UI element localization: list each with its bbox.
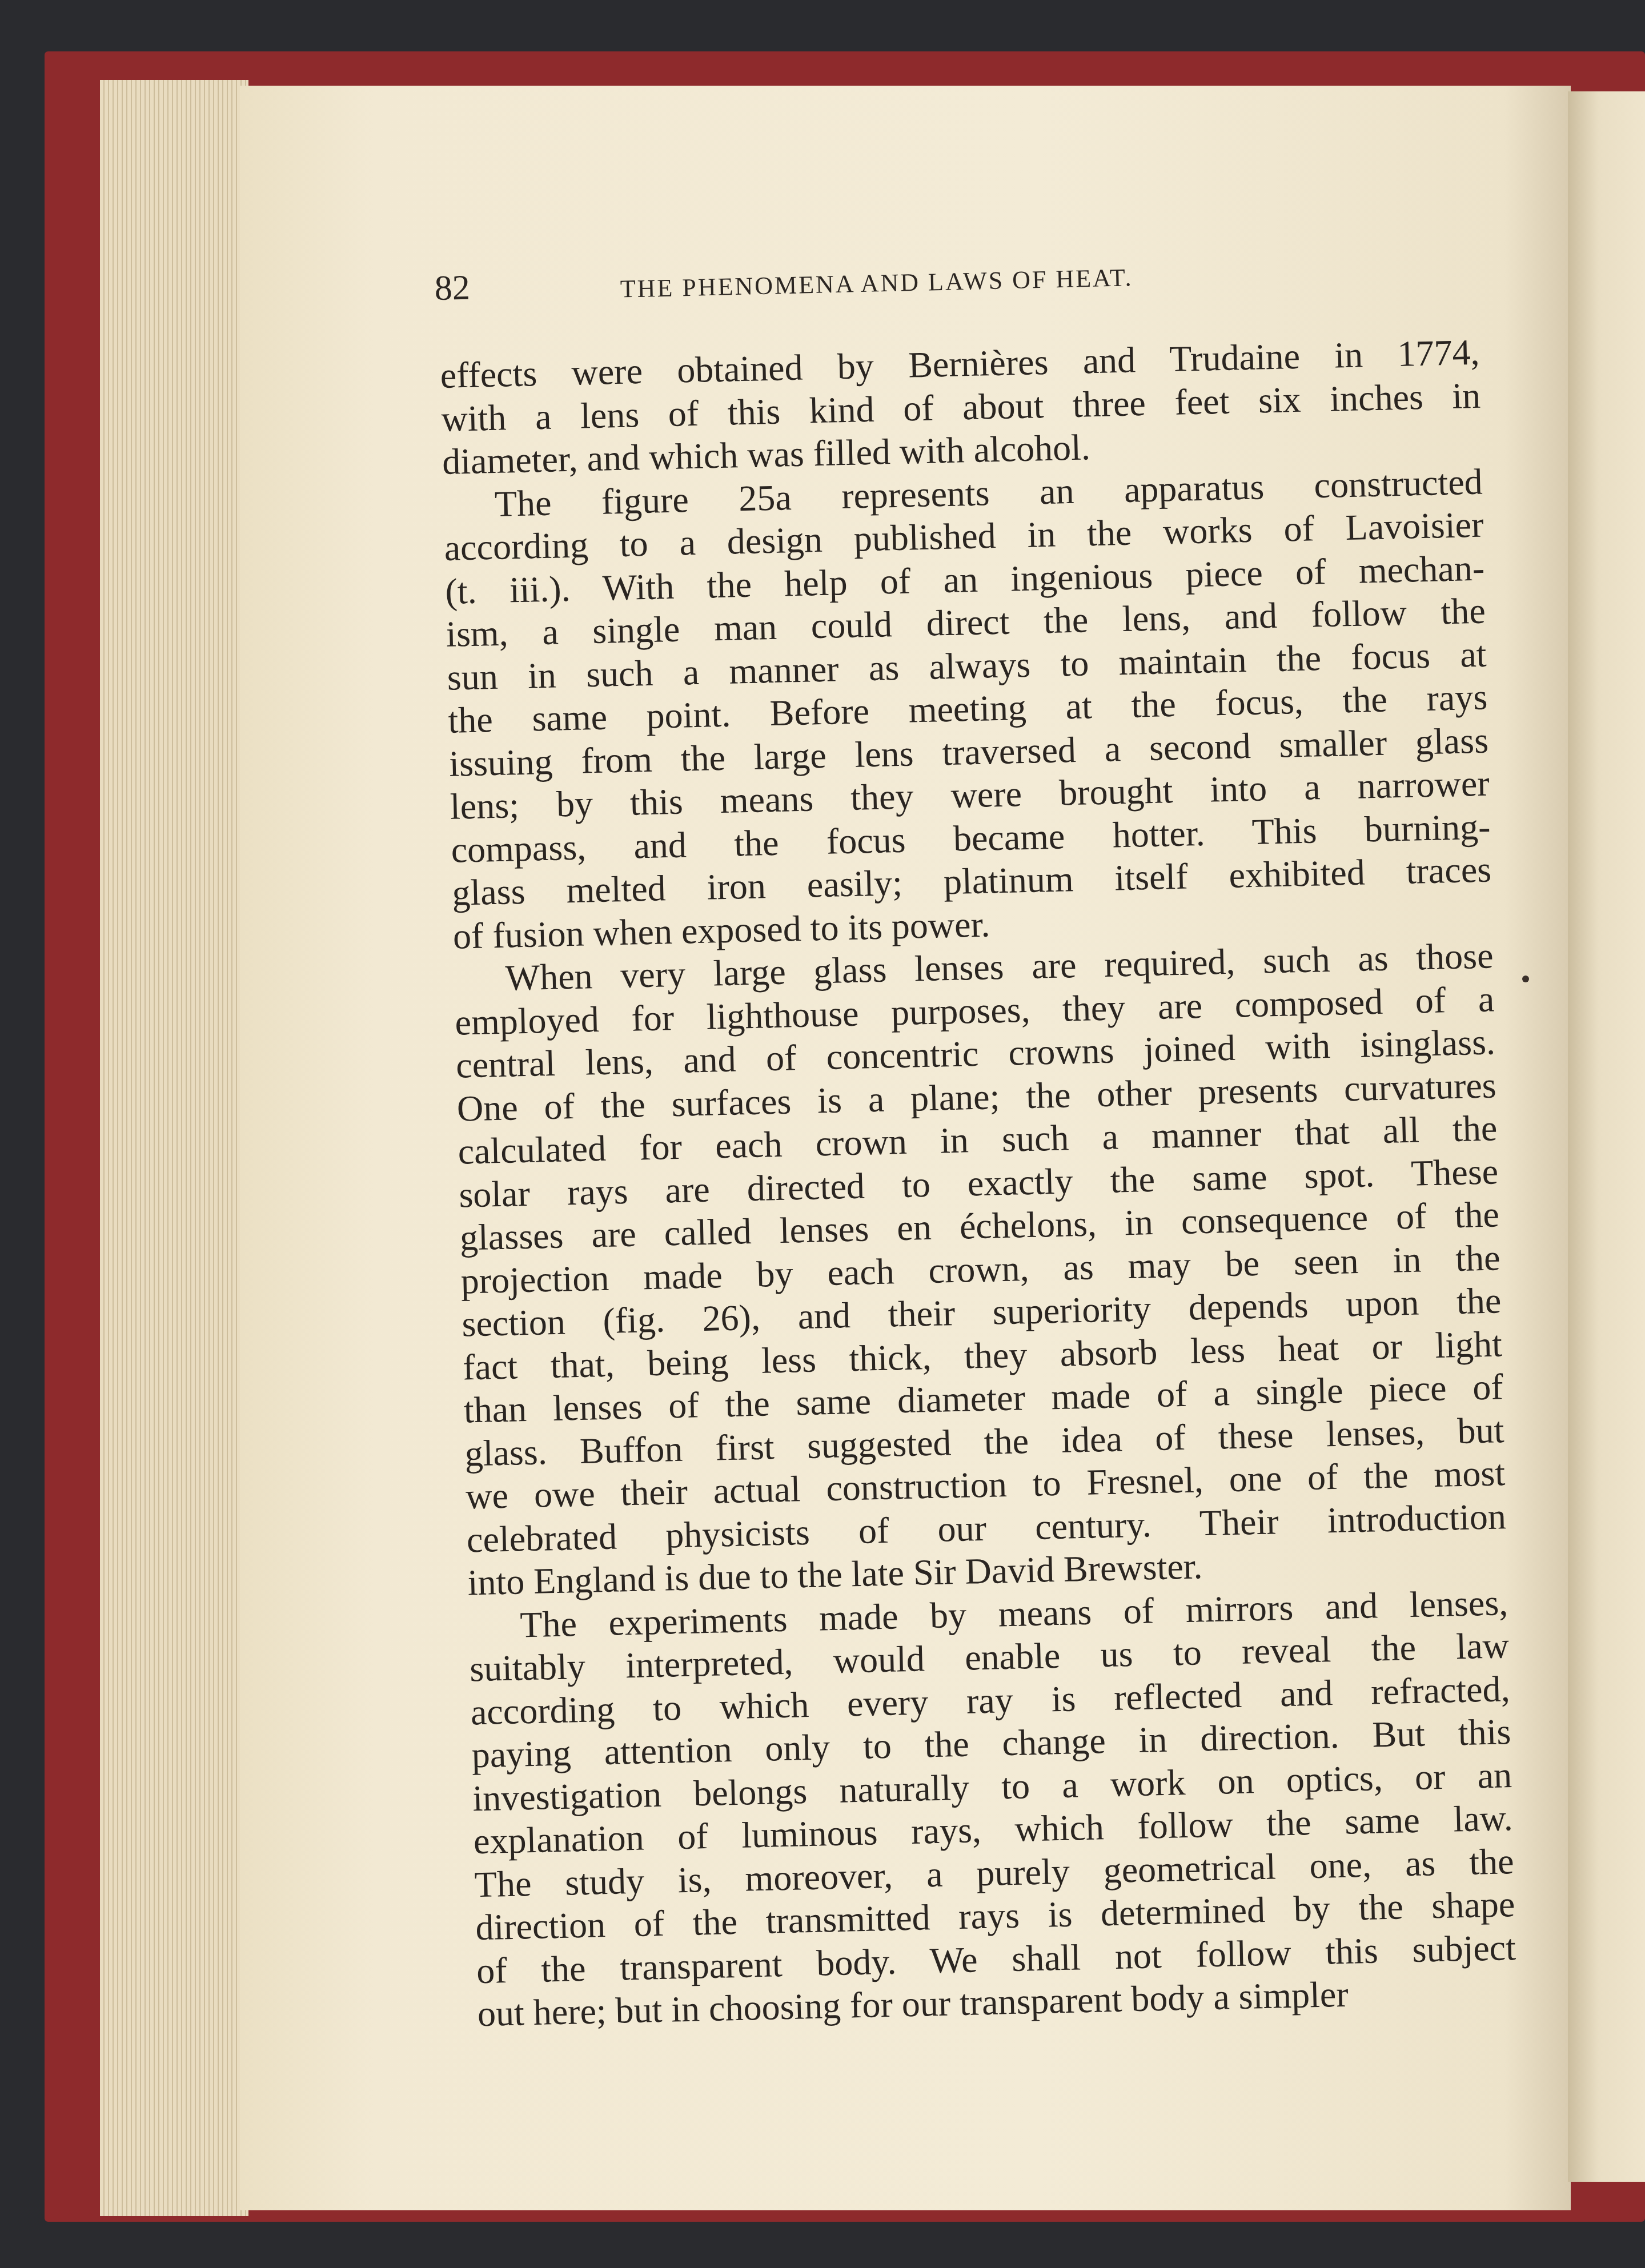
paragraph: When very large glass lenses are require…	[454, 934, 1507, 1604]
facing-page-edge	[1568, 91, 1645, 2182]
paragraph: The experiments made by means of mirrors…	[468, 1581, 1518, 2036]
margin-mark	[1522, 976, 1529, 982]
body-text: effects were obtained by Bernières and T…	[440, 331, 1517, 2036]
page-edges	[100, 80, 248, 2216]
paragraph: The figure 25a represents an apparatus c…	[443, 460, 1492, 958]
page-number: 82	[434, 268, 471, 309]
paragraph: effects were obtained by Bernières and T…	[440, 331, 1482, 484]
